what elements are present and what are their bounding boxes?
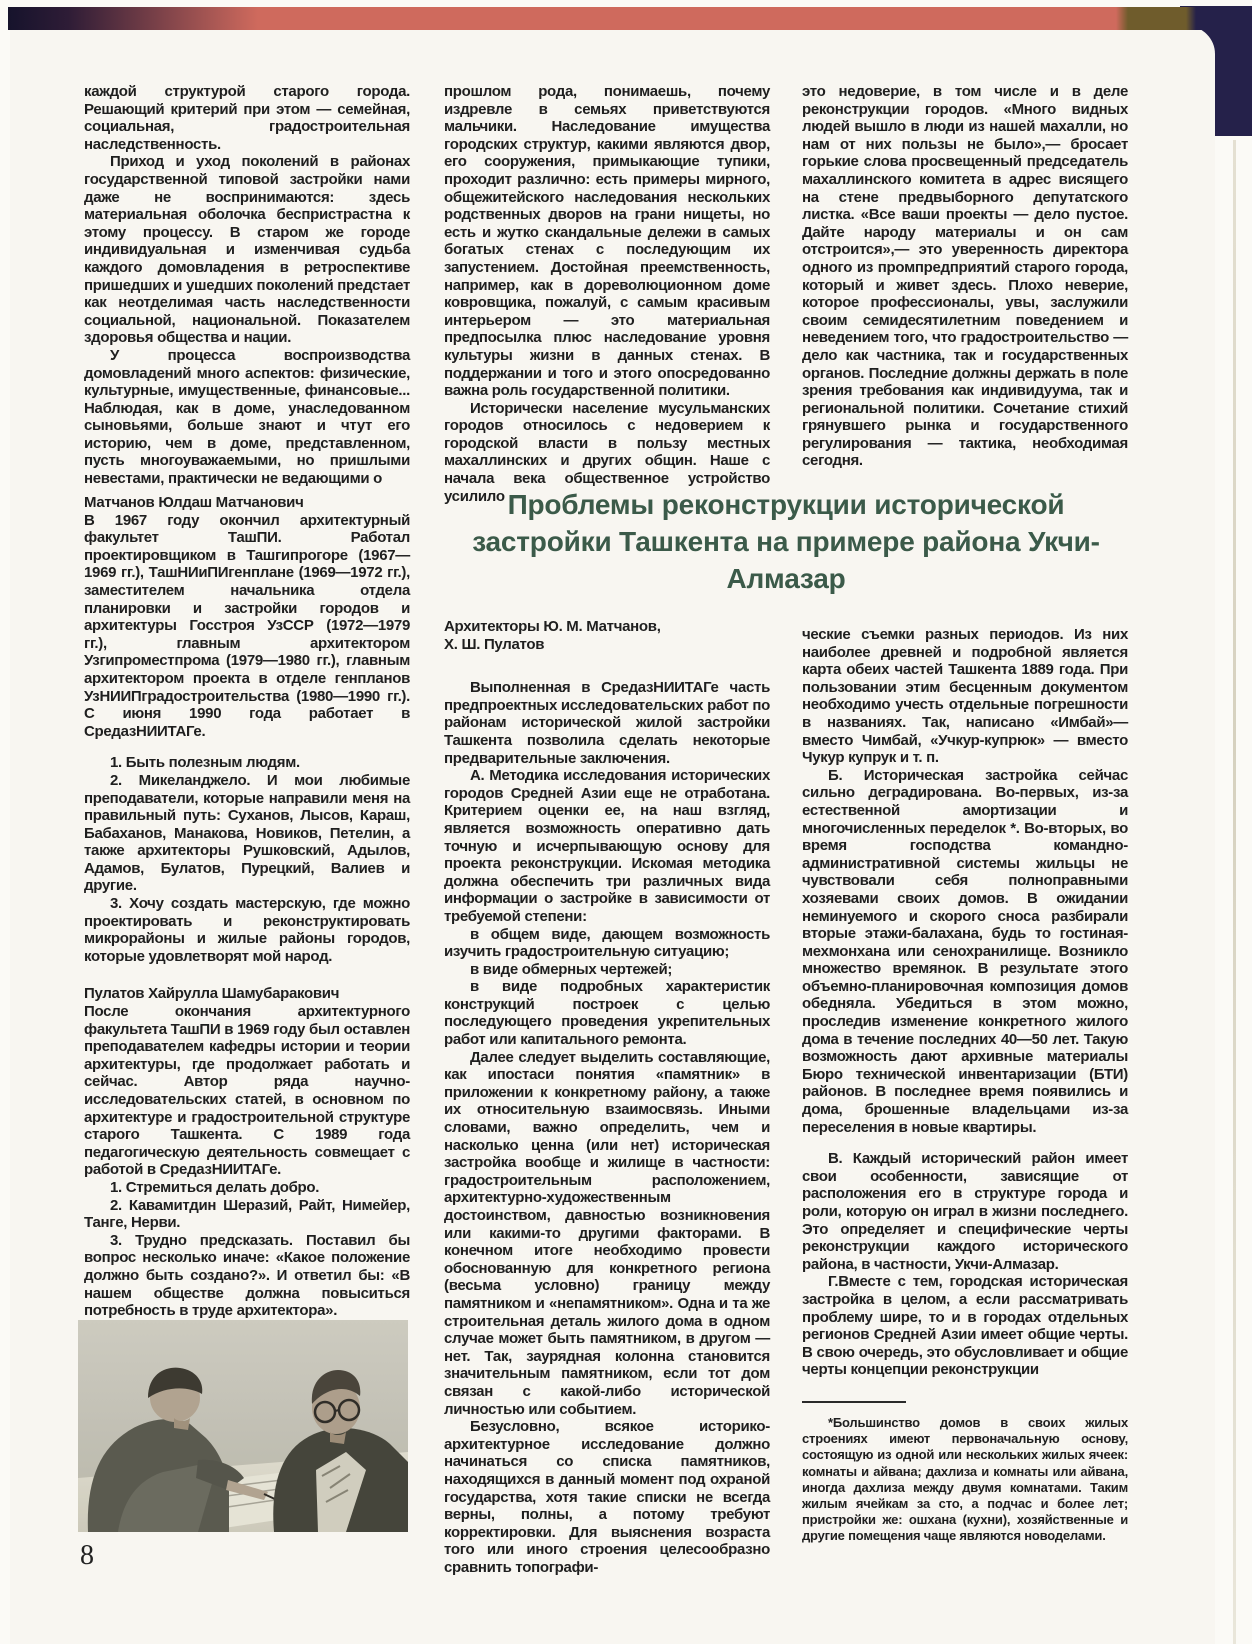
paragraph: *Большинство домов в своих жилых строени… [802,1415,1128,1545]
paragraph: Безусловно, всякое историко-архитектурно… [444,1418,770,1576]
paragraph: А. Методика исследования исторических го… [444,767,770,925]
photo-illustration [78,1320,408,1532]
page-stack-crease [1233,140,1236,1644]
article-right-column: ческие съемки разных периодов. Из них на… [802,626,1128,1545]
page-number: 8 [80,1540,94,1572]
footnote: *Большинство домов в своих жилых строени… [802,1415,1128,1545]
article-body-right: ческие съемки разных периодов. Из них на… [802,626,1128,1379]
bio-pulatov: После окончания архитектурного факультет… [84,1003,410,1320]
paragraph: У процесса воспроизводства домовладений … [84,347,410,488]
paragraph: Выполненная в СредазНИИТАГе часть предпр… [444,679,770,767]
bio-matchanov: В 1967 году окончил архитектурный факуль… [84,512,410,966]
article-headline: Проблемы реконструкции исторической заст… [444,486,1128,597]
footnote-rule [802,1401,906,1403]
right-column-top: это недоверие, в том числе и в деле реко… [802,83,1128,470]
author-bios-column: Матчанов Юлдаш Матчанович В 1967 году ок… [84,494,410,1320]
article-middle-column: Архитекторы Ю. М. Матчанов, Х. Ш. Пулато… [444,618,770,1576]
paragraph: Далее следует выделить составляющие, как… [444,1049,770,1418]
paragraph: в общем виде, дающем возможность изучить… [444,926,770,961]
paragraph: в виде подробных характеристик конструкц… [444,978,770,1048]
paragraph: Приход и уход поколений в районах госуда… [84,153,410,347]
cover-color-strip [8,7,1252,30]
paragraph: 3. Хочу создать мастерскую, где можно пр… [84,895,410,965]
paragraph: прошлом рода, понимаешь, почему издревле… [444,83,770,400]
paragraph: В 1967 году окончил архитектурный факуль… [84,512,410,741]
paragraph: ческие съемки разных периодов. Из них на… [802,626,1128,767]
left-column-top: каждой структурой старого города. Решающ… [84,83,410,488]
paragraph: 2. Кавамитдин Шеразий, Райт, Нимейер, Та… [84,1197,410,1232]
article-body-middle: Выполненная в СредазНИИТАГе часть предпр… [444,679,770,1576]
paragraph: 1. Стремиться делать добро. [84,1179,410,1197]
paragraph: это недоверие, в том числе и в деле реко… [802,83,1128,470]
paragraph: 1. Быть полезным людям. [84,754,410,772]
middle-column-top: прошлом рода, понимаешь, почему издревле… [444,83,770,505]
paragraph: в виде обмерных чертежей; [444,961,770,979]
bio-name-pulatov: Пулатов Хайрулла Шамубаракович [84,985,410,1003]
paragraph: После окончания архитектурного факультет… [84,1003,410,1179]
magazine-page: каждой структурой старого города. Решающ… [10,26,1215,1644]
paragraph: 2. Микеланджело. И мои любимые преподава… [84,772,410,895]
paragraph: каждой структурой старого города. Решающ… [84,83,410,153]
photo-two-architects [78,1320,408,1532]
article-authors: Архитекторы Ю. М. Матчанов, Х. Ш. Пулато… [444,618,770,653]
paragraph: 3. Трудно предсказать. Поставил бы вопро… [84,1232,410,1320]
paragraph: Г.Вместе с тем, городская историческая з… [802,1273,1128,1379]
paragraph: В. Каждый исторический район имеет свои … [802,1150,1128,1273]
bio-name-matchanov: Матчанов Юлдаш Матчанович [84,494,410,512]
paragraph: Б. Историческая застройка сейчас сильно … [802,767,1128,1136]
magazine-page-scan: { "page": { "number": "8" }, "colors": {… [0,0,1252,1644]
